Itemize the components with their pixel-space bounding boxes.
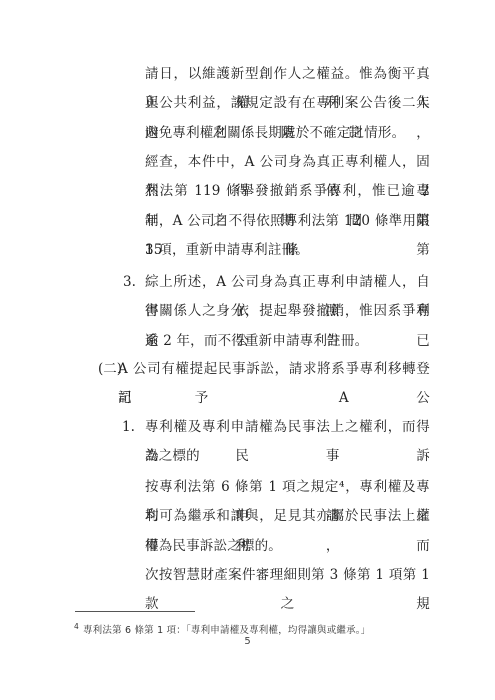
text-line: 均可為繼承和讓與，足見其亦屬於民事法上之權利，而 bbox=[145, 502, 430, 531]
footnote-marker: 4 bbox=[74, 622, 79, 631]
footnote-separator bbox=[75, 611, 195, 612]
text-line: 制，A 公司自不得依照專利法第 120 條準用第 35 條第 bbox=[145, 207, 430, 236]
text-line: 請日，以維護新型創作人之權益。惟為衡平真正權利人 bbox=[145, 60, 430, 89]
text-line: 與公共利益，該規定設有在專利案公告後二年內之限制， bbox=[145, 89, 430, 118]
text-line: 利法第 119 條舉發撤銷系爭專利，惟已逾 2 年之期間限 bbox=[145, 177, 430, 206]
list-number-3: 3. bbox=[123, 268, 136, 297]
text-line: 專利權及專利申請權為民事法上之權利，而得為民事訴 bbox=[145, 413, 430, 442]
text-line: 次按智慧財產案件審理細則第 3 條第 1 項第 1 款之規 bbox=[145, 561, 430, 590]
paragraph-intro: 請日，以維護新型創作人之權益。惟為衡平真正權利人 與公共利益，該規定設有在專利案… bbox=[145, 60, 430, 148]
footnote-text: 專利法第 6 條第 1 項：「專利申請權及專利權，均得讓與或繼承。」 bbox=[83, 625, 370, 636]
text-line: 綜上所述，A 公司身為真正專利申請權人，自得依照利 bbox=[145, 268, 430, 297]
list-item-3: 綜上所述，A 公司身為真正專利申請權人，自得依照利 害關係人之身分，提起舉發撤銷… bbox=[145, 268, 430, 356]
text-line: 害關係人之身分，提起舉發撤銷，惟因系爭專系公告已 bbox=[145, 297, 430, 326]
text-line: 按專利法第 6 條第 1 項之規定⁴，專利權及專利申請權 bbox=[145, 473, 430, 502]
page-number: 5 bbox=[0, 636, 495, 647]
paragraph-next: 次按智慧財產案件審理細則第 3 條第 1 項第 1 款之規 bbox=[145, 561, 430, 590]
list-item-1: 專利權及專利申請權為民事法上之權利，而得為民事訴 訟之標的 bbox=[145, 413, 430, 472]
paragraph-law6: 按專利法第 6 條第 1 項之規定⁴，專利權及專利申請權 均可為繼承和讓與，足見… bbox=[145, 473, 430, 561]
paragraph-review: 經查，本件中，A 公司身為真正專利權人，固然得依專 利法第 119 條舉發撤銷系… bbox=[145, 148, 430, 266]
text-line: 避免專利權利關係長期處於不確定之情形。 bbox=[145, 119, 430, 148]
document-page: 請日，以維護新型創作人之權益。惟為衡平真正權利人 與公共利益，該規定設有在專利案… bbox=[0, 0, 495, 700]
text-line: 經查，本件中，A 公司身為真正專利權人，固然得依專 bbox=[145, 148, 430, 177]
text-line: A 公司有權提起民事訴訟，請求將系爭專利移轉登記予 A 公 bbox=[118, 355, 430, 384]
section-2-heading: A 公司有權提起民事訴訟，請求將系爭專利移轉登記予 A 公 司 bbox=[118, 355, 430, 414]
list-number-1: 1. bbox=[122, 413, 135, 442]
